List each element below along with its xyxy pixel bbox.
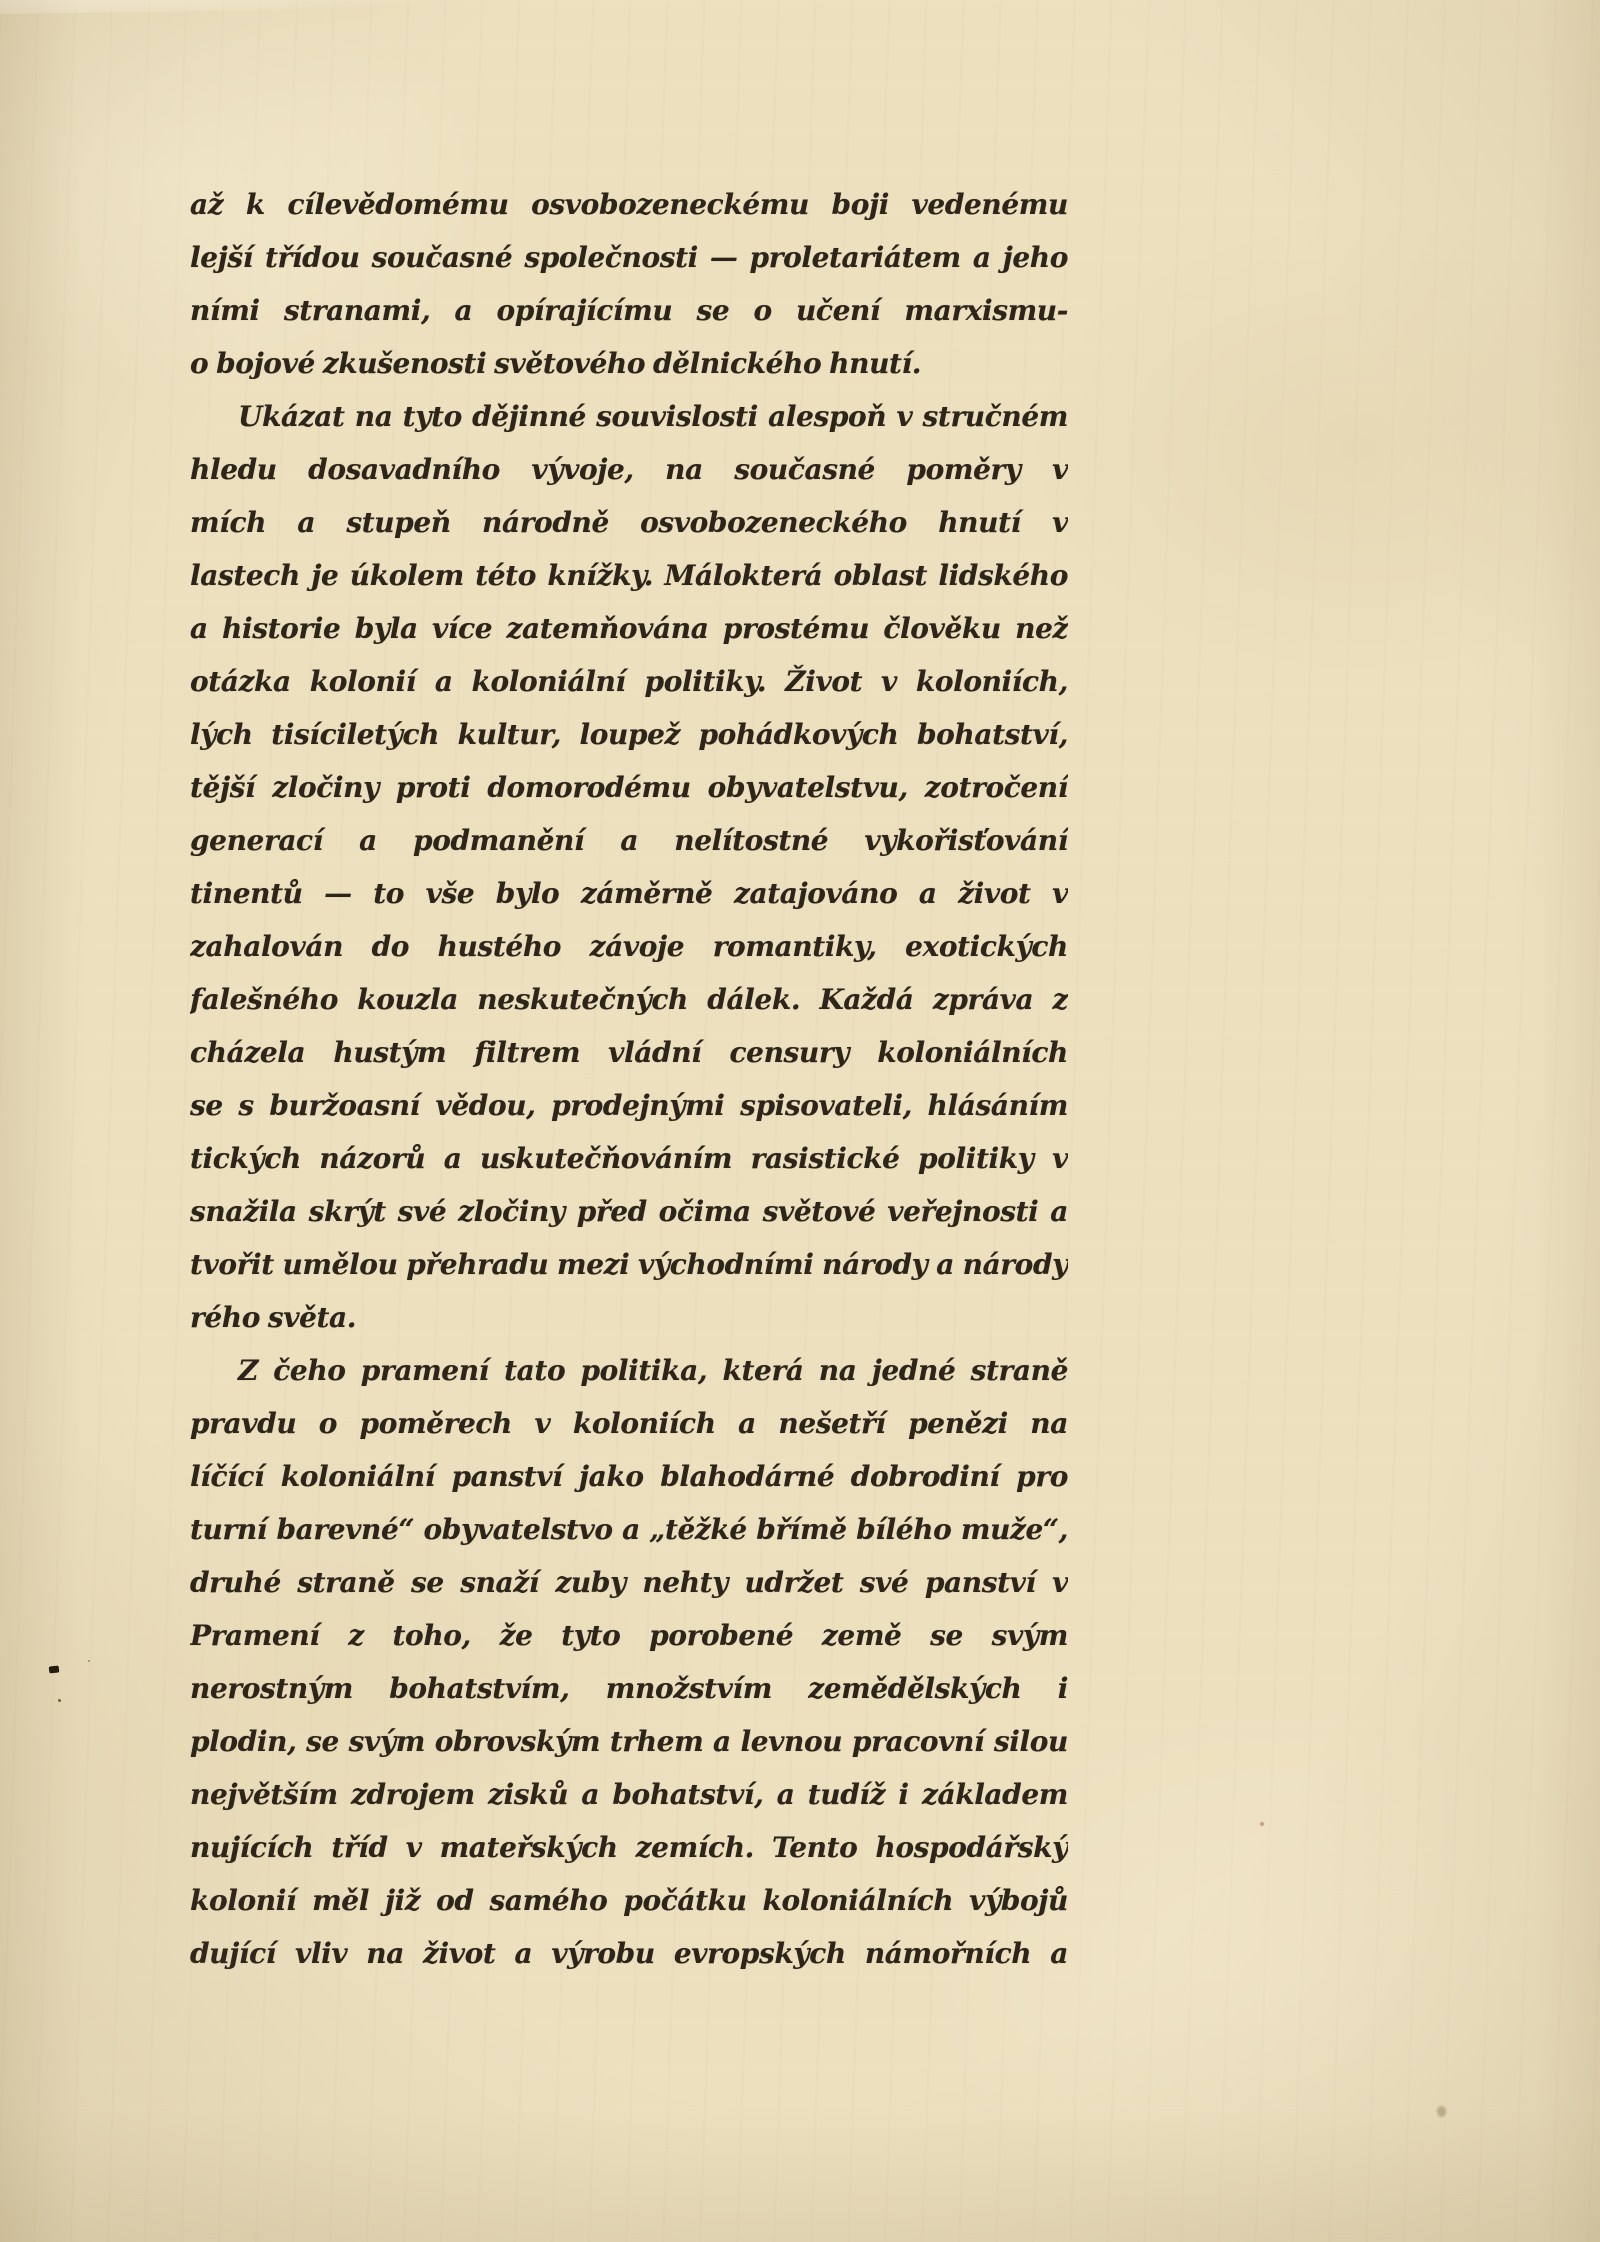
ink-dot-artifact bbox=[49, 1665, 60, 1673]
text-line: otázka kolonií a koloniální politiky. Ži… bbox=[190, 655, 1068, 708]
text-line: až k cílevědomému osvobozeneckému boji v… bbox=[190, 178, 1068, 231]
text-line: plodin, se svým obrovským trhem a levnou… bbox=[190, 1715, 1068, 1768]
scan-edge bbox=[0, 0, 480, 14]
text-line: pravdu o poměrech v koloniích a nešetří … bbox=[190, 1397, 1068, 1450]
text-line: a historie byla více zatemňována prostém… bbox=[190, 602, 1068, 655]
text-line: zahalován do hustého závoje romantiky, e… bbox=[190, 920, 1068, 973]
text-line: Z čeho pramení tato politika, která na j… bbox=[190, 1344, 1068, 1397]
text-line: líčící koloniální panství jako blahodárn… bbox=[190, 1450, 1068, 1503]
text-line: tinentů — to vše bylo záměrně zatajováno… bbox=[190, 867, 1068, 920]
paragraph: Z čeho pramení tato politika, která na j… bbox=[190, 1344, 1068, 1980]
text-line: lejší třídou současné společnosti — prol… bbox=[190, 231, 1068, 284]
text-line: dující vliv na život a výrobu evropských… bbox=[190, 1927, 1068, 1980]
text-line: rého světa. bbox=[190, 1291, 1068, 1344]
text-line: o bojové zkušenosti světového dělnického… bbox=[190, 337, 1068, 390]
text-line: falešného kouzla neskutečných dálek. Kaž… bbox=[190, 973, 1068, 1026]
text-line: hledu dosavadního vývoje, na současné po… bbox=[190, 443, 1068, 496]
text-line: mích a stupeň národně osvobozeneckého hn… bbox=[190, 496, 1068, 549]
text-line: cházela hustým filtrem vládní censury ko… bbox=[190, 1026, 1068, 1079]
text-line: lých tisíciletých kultur, loupež pohádko… bbox=[190, 708, 1068, 761]
page-text: až k cílevědomému osvobozeneckému boji v… bbox=[190, 178, 1068, 1980]
text-line: tější zločiny proti domorodému obyvatels… bbox=[190, 761, 1068, 814]
text-line: snažila skrýt své zločiny před očima svě… bbox=[190, 1185, 1068, 1238]
text-line: tických názorů a uskutečňováním rasistic… bbox=[190, 1132, 1068, 1185]
text-line: největším zdrojem zisků a bohatství, a t… bbox=[190, 1768, 1068, 1821]
paper-speck bbox=[1437, 2106, 1446, 2117]
text-line: nerostným bohatstvím, množstvím zeměděls… bbox=[190, 1662, 1068, 1715]
text-line: Ukázat na tyto dějinné souvislosti alesp… bbox=[190, 390, 1068, 443]
text-line: ními stranami, a opírajícímu se o učení … bbox=[190, 284, 1068, 337]
text-line: turní barevné“ obyvatelstvo a „těžké bří… bbox=[190, 1503, 1068, 1556]
paragraph: Ukázat na tyto dějinné souvislosti alesp… bbox=[190, 390, 1068, 1344]
text-line: druhé straně se snaží zuby nehty udržet … bbox=[190, 1556, 1068, 1609]
paragraph: až k cílevědomému osvobozeneckému boji v… bbox=[190, 178, 1068, 390]
paper-speck bbox=[88, 1660, 90, 1662]
paper-speck bbox=[58, 1699, 61, 1702]
text-line: Pramení z toho, že tyto porobené země se… bbox=[190, 1609, 1068, 1662]
text-line: generací a podmanění a nelítostné vykoři… bbox=[190, 814, 1068, 867]
text-line: lastech je úkolem této knížky. Málokterá… bbox=[190, 549, 1068, 602]
text-line: tvořit umělou přehradu mezi východními n… bbox=[190, 1238, 1068, 1291]
paper-speck bbox=[1260, 1822, 1264, 1826]
text-line: se s buržoasní vědou, prodejnými spisova… bbox=[190, 1079, 1068, 1132]
text-line: nujících tříd v mateřských zemích. Tento… bbox=[190, 1821, 1068, 1874]
text-line: kolonií měl již od samého počátku koloni… bbox=[190, 1874, 1068, 1927]
